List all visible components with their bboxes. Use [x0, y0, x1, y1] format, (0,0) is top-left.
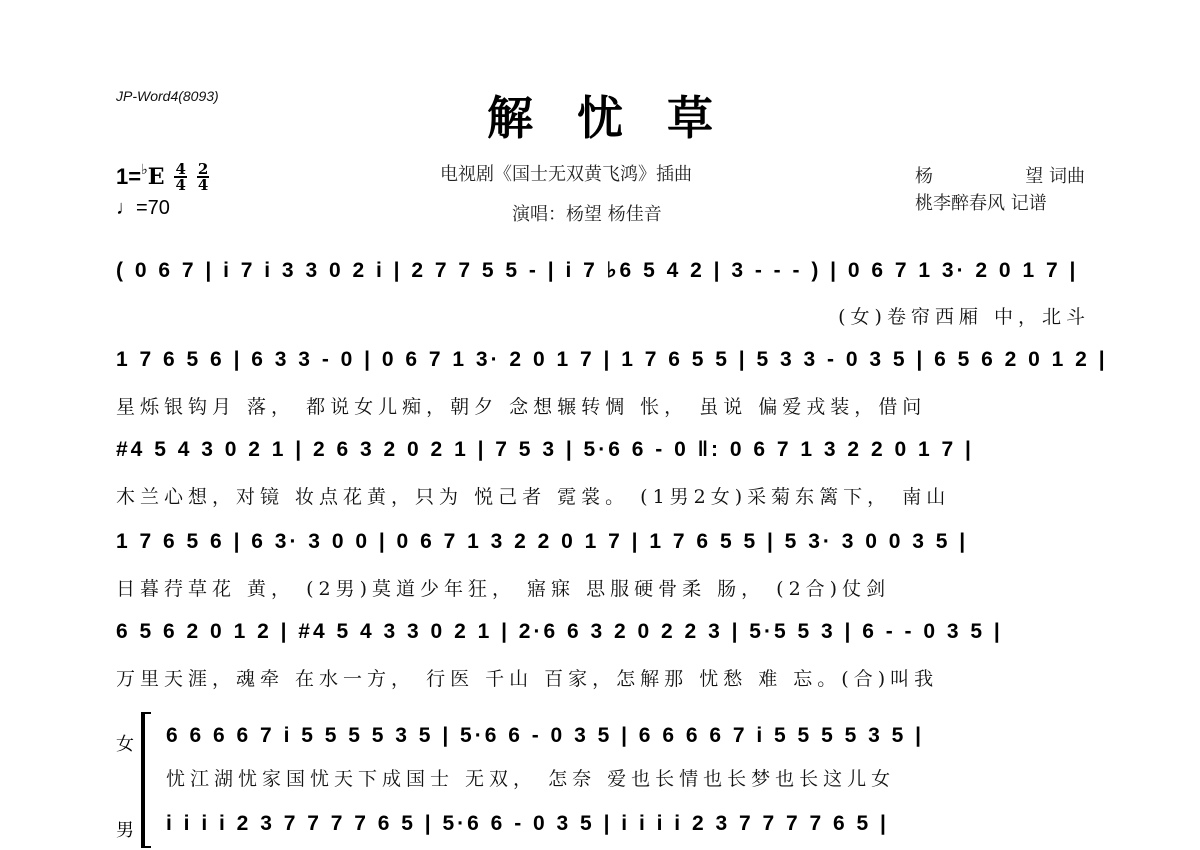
lyrics-line: (女)卷帘西厢 中，北斗: [116, 302, 1090, 329]
flat-icon: ♭: [141, 161, 148, 178]
notation-line: #4 5 4 3 0 2 1 | 2 6 3 2 0 2 1 | 7 5 3 |…: [116, 438, 1090, 468]
credit-lyricist-composer: 杨 望 词曲: [915, 162, 1085, 188]
credit-transcriber: 桃李醉春风 记谱: [915, 189, 1047, 215]
notation-line: i i i i 2 3 7 7 7 7 6 5 | 5·6 6 - 0 3 5 …: [166, 812, 1140, 842]
song-title: 解忧草: [0, 82, 1200, 148]
singers: 演唱：杨望 杨佳音: [512, 200, 662, 226]
subtitle: 电视剧《国士无双黄飞鸿》插曲: [440, 160, 692, 186]
tempo-marking: ♩=70: [116, 197, 170, 220]
voice-label-female: 女: [116, 730, 134, 756]
key-letter: E: [148, 164, 165, 190]
key-signature: 1= ♭ E 4 4 2 4: [116, 162, 209, 192]
lyrics-line: 忧江湖忧家国忧天下成国士 无双， 怎奈 爱也长情也长梦也长这儿女: [166, 764, 1140, 791]
lyrics-line: 木兰心想，对镜 妆点花黄，只为 悦己者 霓裳。 (1男2女)采菊东篱下， 南山: [116, 482, 1090, 509]
notation-line: ( 0 6 7 | i 7 i 3 3 0 2 i | 2 7 7 5 5 - …: [116, 258, 1090, 288]
key-prefix: 1=: [116, 164, 141, 190]
notation-line: 6 6 6 6 7 i 5 5 5 5 3 5 | 5·6 6 - 0 3 5 …: [166, 724, 1140, 754]
voice-label-male: 男: [116, 816, 134, 842]
notation-line: 6 5 6 2 0 1 2 | #4 5 4 3 3 0 2 1 | 2·6 6…: [116, 620, 1090, 650]
lyrics-line: 日暮荇草花 黄， (2男)莫道少年狂， 寤寐 思服硬骨柔 肠， (2合)仗剑: [116, 574, 1090, 601]
notation-line: 1 7 6 5 6 | 6 3 3 - 0 | 0 6 7 1 3· 2 0 1…: [116, 348, 1090, 378]
notation-line: 1 7 6 5 6 | 6 3· 3 0 0 | 0 6 7 1 3 2 2 0…: [116, 530, 1090, 560]
tempo-value: =70: [136, 197, 170, 219]
lyrics-line: 星烁银钩月 落， 都说女儿痴，朝夕 念想辗转惆 怅， 虽说 偏爱戎装，借问: [116, 392, 1090, 419]
time-signature-4-4: 4 4: [174, 162, 186, 192]
system-bracket: [141, 712, 151, 848]
time-signature-2-4: 2 4: [197, 162, 209, 192]
quarter-note-icon: ♩: [116, 197, 136, 219]
lyrics-line: 万里天涯，魂牵 在水一方， 行医 千山 百家，怎解那 忧愁 难 忘。(合)叫我: [116, 664, 1090, 691]
